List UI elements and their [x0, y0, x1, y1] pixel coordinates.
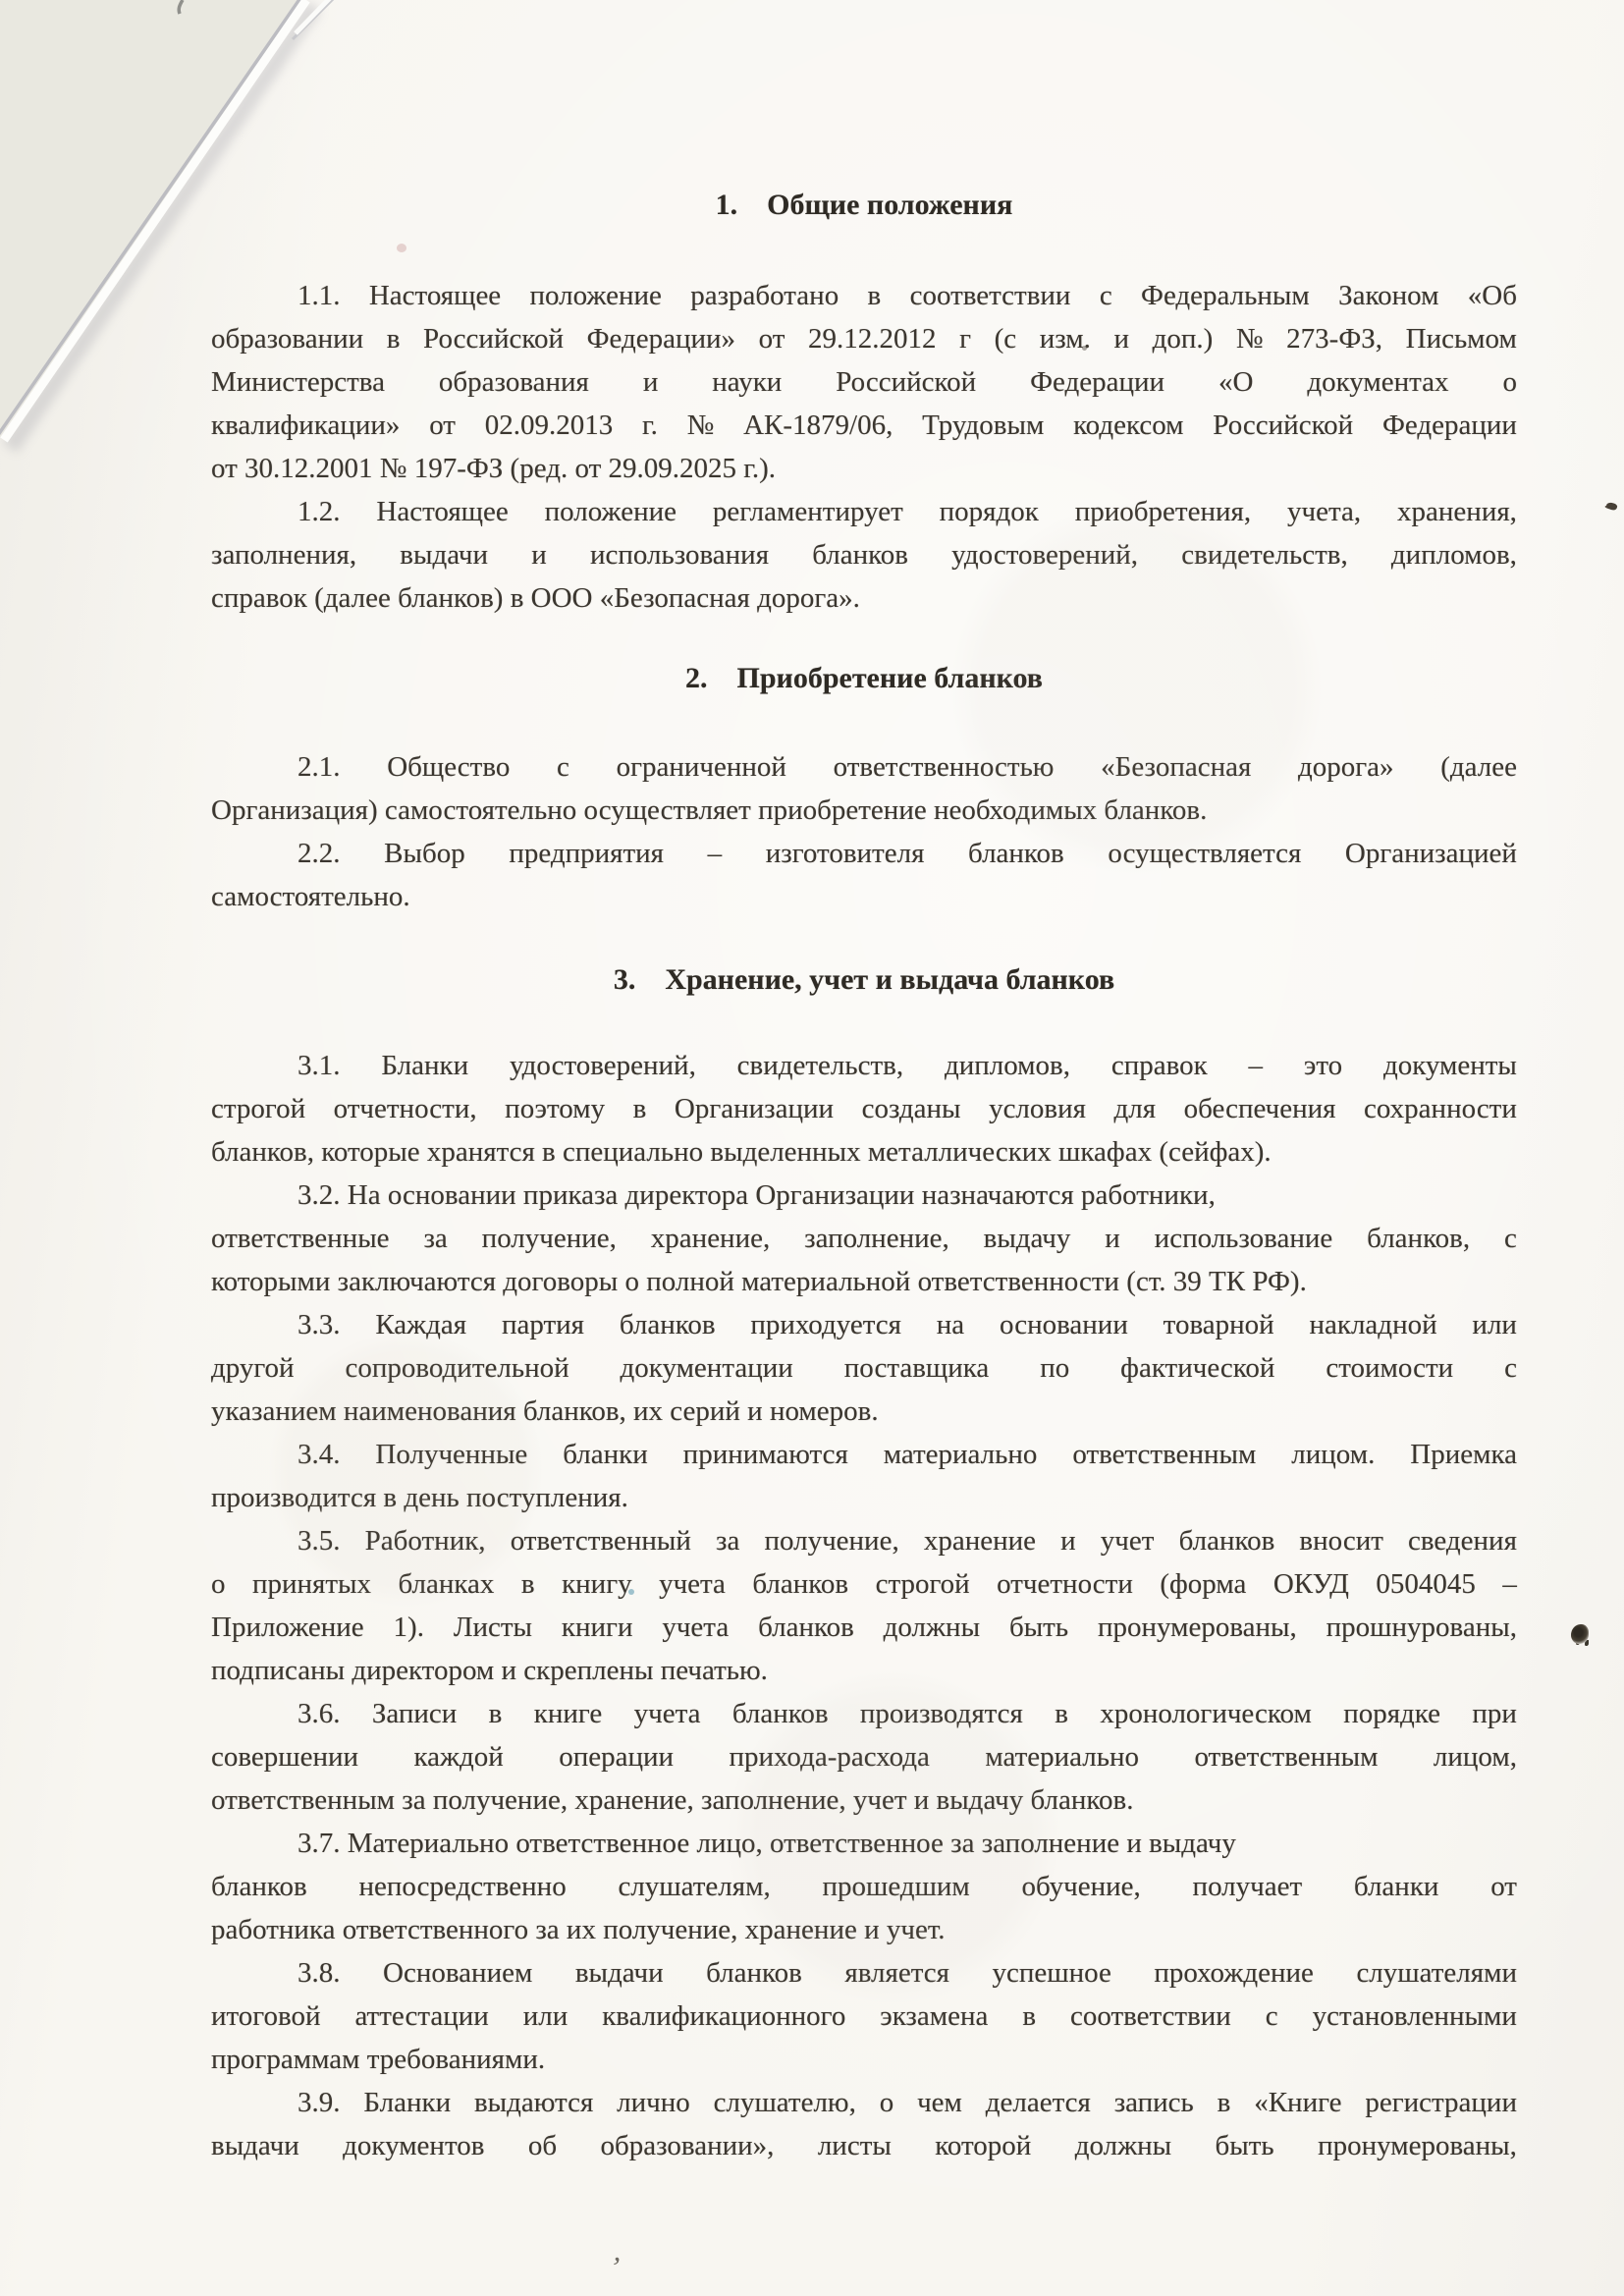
text-line: 3.6.Записивкнигеучетабланковпроизводятся… — [211, 1692, 1517, 1735]
text-line: ответственныезаполучение,хранение,заполн… — [211, 1217, 1517, 1260]
section-heading-1: 1.Общие положения — [211, 184, 1517, 227]
text-line: Приложение1).Листыкнигиучетабланковдолжн… — [211, 1606, 1517, 1649]
heading-title: Хранение, учет и выдача бланков — [665, 958, 1114, 1002]
paragraph-1.2: 1.2.Настоящееположениерегламентируетпоря… — [211, 490, 1517, 620]
text-line: МинистерстваобразованияинаукиРоссийскойФ… — [211, 360, 1517, 404]
text-line: 1.2.Настоящееположениерегламентируетпоря… — [211, 490, 1517, 533]
text-line: совершениикаждойоперацииприхода-расходам… — [211, 1735, 1517, 1778]
paragraph-3.5: 3.5.Работник,ответственныйзаполучение,хр… — [211, 1519, 1517, 1692]
section-heading-2: 2.Приобретение бланков — [211, 657, 1517, 700]
text-line: 1.1.Настоящееположениеразработановсоотве… — [211, 274, 1517, 317]
text-line: от 30.12.2001 № 197-ФЗ (ред. от 29.09.20… — [211, 447, 1517, 490]
text-line: 3.9.Бланкивыдаютсяличнослушателю,очемдел… — [211, 2081, 1517, 2124]
text-line: ответственным за получение, хранение, за… — [211, 1778, 1517, 1822]
scanned-page: 1.Общие положения1.1.Настоящееположениер… — [0, 0, 1624, 2296]
paragraph-3.1: 3.1.Бланкиудостоверений,свидетельств,дип… — [211, 1044, 1517, 1174]
paragraph-1.1: 1.1.Настоящееположениеразработановсоотве… — [211, 274, 1517, 490]
text-line: подписаны директором и скреплены печатью… — [211, 1649, 1517, 1692]
text-line: образованиивРоссийскойФедерации»от29.12.… — [211, 317, 1517, 360]
text-line: бланковнепосредственнослушателям,прошедш… — [211, 1865, 1517, 1908]
text-line: работника ответственного за их получение… — [211, 1908, 1517, 1951]
text-line: указанием наименования бланков, их серий… — [211, 1390, 1517, 1433]
text-line: справок (далее бланков) в ООО «Безопасна… — [211, 576, 1517, 620]
paragraph-3.8: 3.8.Основаниемвыдачибланковявляетсяуспеш… — [211, 1951, 1517, 2081]
document-text: 1.Общие положения1.1.Настоящееположениер… — [211, 184, 1517, 2167]
heading-number: 1. — [716, 184, 738, 227]
text-line: 2.1.Обществосограниченнойответственность… — [211, 745, 1517, 789]
paragraph-3.9: 3.9.Бланкивыдаютсяличнослушателю,очемдел… — [211, 2081, 1517, 2167]
text-line: 3.3.Каждаяпартиябланковприходуетсянаосно… — [211, 1303, 1517, 1346]
text-line: производится в день поступления. — [211, 1476, 1517, 1519]
paragraph-3.6: 3.6.Записивкнигеучетабланковпроизводятся… — [211, 1692, 1517, 1822]
heading-number: 2. — [685, 657, 708, 700]
text-line: строгойотчетности,поэтомувОрганизациисоз… — [211, 1087, 1517, 1130]
paragraph-2.2: 2.2.Выборпредприятия–изготовителябланков… — [211, 832, 1517, 918]
text-line: 3.8.Основаниемвыдачибланковявляетсяуспеш… — [211, 1951, 1517, 1995]
paragraph-3.7: 3.7. Материально ответственное лицо, отв… — [211, 1822, 1517, 1951]
text-line: 3.4.Полученныебланкипринимаютсяматериаль… — [211, 1433, 1517, 1476]
text-line: итоговойаттестациииликвалификационногоэк… — [211, 1995, 1517, 2038]
text-line: самостоятельно. — [211, 875, 1517, 918]
text-line: квалификации»от02.09.2013г.№АК-1879/06,Т… — [211, 404, 1517, 447]
text-line: бланков, которые хранятся в специально в… — [211, 1130, 1517, 1174]
text-line: которыми заключаются договоры о полной м… — [211, 1260, 1517, 1303]
section-heading-3: 3.Хранение, учет и выдача бланков — [211, 958, 1517, 1002]
heading-number: 3. — [614, 958, 636, 1002]
text-line: программам требованиями. — [211, 2038, 1517, 2081]
paragraph-3.4: 3.4.Полученныебланкипринимаютсяматериаль… — [211, 1433, 1517, 1519]
text-line: 3.2. На основании приказа директора Орга… — [211, 1174, 1517, 1217]
text-line: опринятыхбланкахвкнигуучетабланковстрого… — [211, 1562, 1517, 1606]
heading-title: Общие положения — [767, 184, 1012, 227]
paragraph-3.3: 3.3.Каждаяпартиябланковприходуетсянаосно… — [211, 1303, 1517, 1433]
paragraph-3.2: 3.2. На основании приказа директора Орга… — [211, 1174, 1517, 1303]
text-line: 3.1.Бланкиудостоверений,свидетельств,дип… — [211, 1044, 1517, 1087]
text-line: 2.2.Выборпредприятия–изготовителябланков… — [211, 832, 1517, 875]
heading-title: Приобретение бланков — [737, 657, 1043, 700]
text-line: выдачидокументовобобразовании»,листыкото… — [211, 2124, 1517, 2167]
text-line: заполнения,выдачиииспользованиябланковуд… — [211, 533, 1517, 576]
text-line: другойсопроводительнойдокументациипостав… — [211, 1346, 1517, 1390]
text-line: 3.7. Материально ответственное лицо, отв… — [211, 1822, 1517, 1865]
text-line: Организация) самостоятельно осуществляет… — [211, 789, 1517, 832]
paragraph-2.1: 2.1.Обществосограниченнойответственность… — [211, 745, 1517, 832]
text-line: 3.5.Работник,ответственныйзаполучение,хр… — [211, 1519, 1517, 1562]
